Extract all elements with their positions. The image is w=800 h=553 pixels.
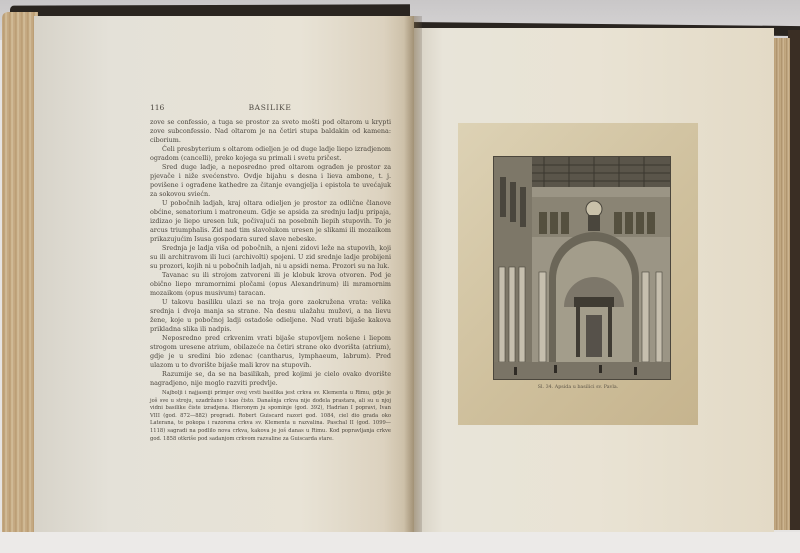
running-title: BASILIKE xyxy=(150,103,390,112)
paragraph: U pobočnih ladjah, kraj oltara odieljen … xyxy=(150,199,391,244)
page-header: 116 BASILIKE xyxy=(150,103,390,115)
basilica-engraving xyxy=(493,156,671,380)
paragraph: Srednja je ladja viša od pobočnih, a nje… xyxy=(150,244,391,271)
paragraph: Ćeli presbyterium s oltarom odieljen je … xyxy=(150,145,391,163)
plate-caption: Sl. 34. Apsida u basilici sv. Pavla. xyxy=(458,385,698,390)
basilica-illustration-icon xyxy=(494,157,670,379)
background-bottom xyxy=(0,532,800,553)
paragraph: zove se confessio, a tuga se prostor za … xyxy=(150,118,391,145)
paragraph: Neposredno pred crkvenim vrati bijaše st… xyxy=(150,334,391,370)
left-page-stack xyxy=(2,12,38,537)
paragraph: Tavanac su ili strojom zatvoreni ili je … xyxy=(150,271,391,298)
footnote: Najbolji i najjasniji primjer ovoj vrsti… xyxy=(150,390,391,443)
left-page-body-text: zove se confessio, a tuga se prostor za … xyxy=(150,118,391,443)
paragraph: Sred duge ladje, a neposredno pred oltar… xyxy=(150,163,391,199)
paragraph: Razumije se, da se na basilikah, pred ko… xyxy=(150,370,391,388)
paragraph: U takovu basiliku ulazi se na troja gore… xyxy=(150,298,391,334)
book-gutter xyxy=(404,16,422,536)
